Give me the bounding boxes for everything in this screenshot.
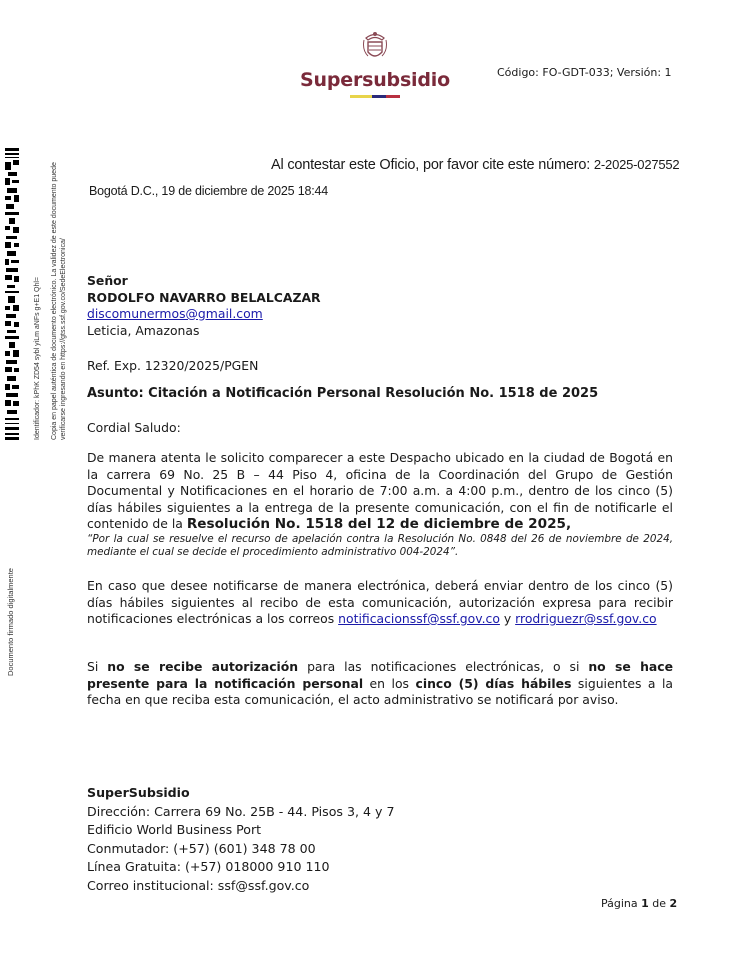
footer-switchboard: Conmutador: (+57) (601) 348 78 00	[87, 840, 673, 859]
authenticity-note-line1: Copia en papel auténtica de documento el…	[50, 162, 59, 440]
footer-email: Correo institucional: ssf@ssf.gov.co	[87, 877, 673, 896]
cite-number: 2-2025-027552	[594, 157, 680, 172]
resolution-reference: Resolución No. 1518 del 12 de diciembre …	[187, 516, 571, 532]
supersubsidio-logo: Supersubsidio	[300, 30, 450, 98]
page-current: 1	[641, 897, 649, 910]
reference-line: Ref. Exp. 12320/2025/PGEN	[87, 358, 673, 375]
flag-bar	[350, 95, 400, 98]
footer-building: Edificio World Business Port	[87, 821, 673, 840]
recipient-email-link[interactable]: discomunermos@gmail.com	[87, 306, 263, 321]
warning-text-2: para las notificaciones electrónicas, o …	[298, 659, 588, 674]
footer-contact: SuperSubsidio Dirección: Carrera 69 No. …	[87, 784, 673, 895]
cite-number-line: Al contestar este Oficio, por favor cite…	[271, 157, 679, 173]
warning-text-3: en los	[363, 676, 415, 691]
page-of: de	[652, 897, 666, 910]
page-label: Página	[601, 897, 638, 910]
barcode-icon	[5, 148, 19, 440]
paragraph-citation: De manera atenta le solicito comparecer …	[87, 450, 673, 559]
recipient-salutation: Señor	[87, 273, 673, 290]
page-number: Página 1 de 2	[601, 897, 677, 910]
footer-org: SuperSubsidio	[87, 784, 673, 803]
warning-text-1: Si	[87, 659, 107, 674]
document-identifier: Identificador: kPhK ZD54 sybl yiLm aNFs …	[34, 277, 41, 440]
recipient-block: Señor RODOLFO NAVARRO BELALCAZAR discomu…	[87, 273, 673, 339]
authenticity-note-line2: verificarse ingresando en https://gtss.s…	[59, 162, 68, 440]
recipient-name: RODOLFO NAVARRO BELALCAZAR	[87, 290, 673, 307]
footer-toll-free: Línea Gratuita: (+57) 018000 910 110	[87, 858, 673, 877]
resolution-quote: “Por la cual se resuelve el recurso de a…	[87, 533, 673, 559]
document-code: Código: FO-GDT-033; Versión: 1	[497, 66, 672, 79]
subject-line: Asunto: Citación a Notificación Personal…	[87, 386, 673, 403]
page-total: 2	[670, 897, 678, 910]
authenticity-note: Copia en papel auténtica de documento el…	[50, 162, 68, 440]
paragraph-notice-warning: Si no se recibe autorización para las no…	[87, 659, 673, 709]
warning-bold-1: no se recibe autorización	[107, 659, 298, 674]
conjunction: y	[500, 611, 515, 626]
coat-of-arms-icon	[360, 30, 390, 64]
notification-email-link[interactable]: notificacionssf@ssf.gov.co	[338, 611, 500, 626]
cite-label: Al contestar este Oficio, por favor cite…	[271, 157, 590, 173]
warning-bold-3: cinco (5) días hábiles	[415, 676, 571, 691]
recipient-city: Leticia, Amazonas	[87, 323, 673, 340]
digitally-signed-note: Documento firmado digitalmente	[6, 568, 15, 676]
rrodriguez-email-link[interactable]: rrodriguezr@ssf.gov.co	[515, 611, 656, 626]
date-line: Bogotá D.C., 19 de diciembre de 2025 18:…	[89, 184, 328, 198]
logo-text: Supersubsidio	[300, 69, 450, 91]
footer-address: Dirección: Carrera 69 No. 25B - 44. Piso…	[87, 803, 673, 822]
paragraph-electronic-notification: En caso que desee notificarse de manera …	[87, 578, 673, 628]
greeting: Cordial Saludo:	[87, 420, 673, 437]
